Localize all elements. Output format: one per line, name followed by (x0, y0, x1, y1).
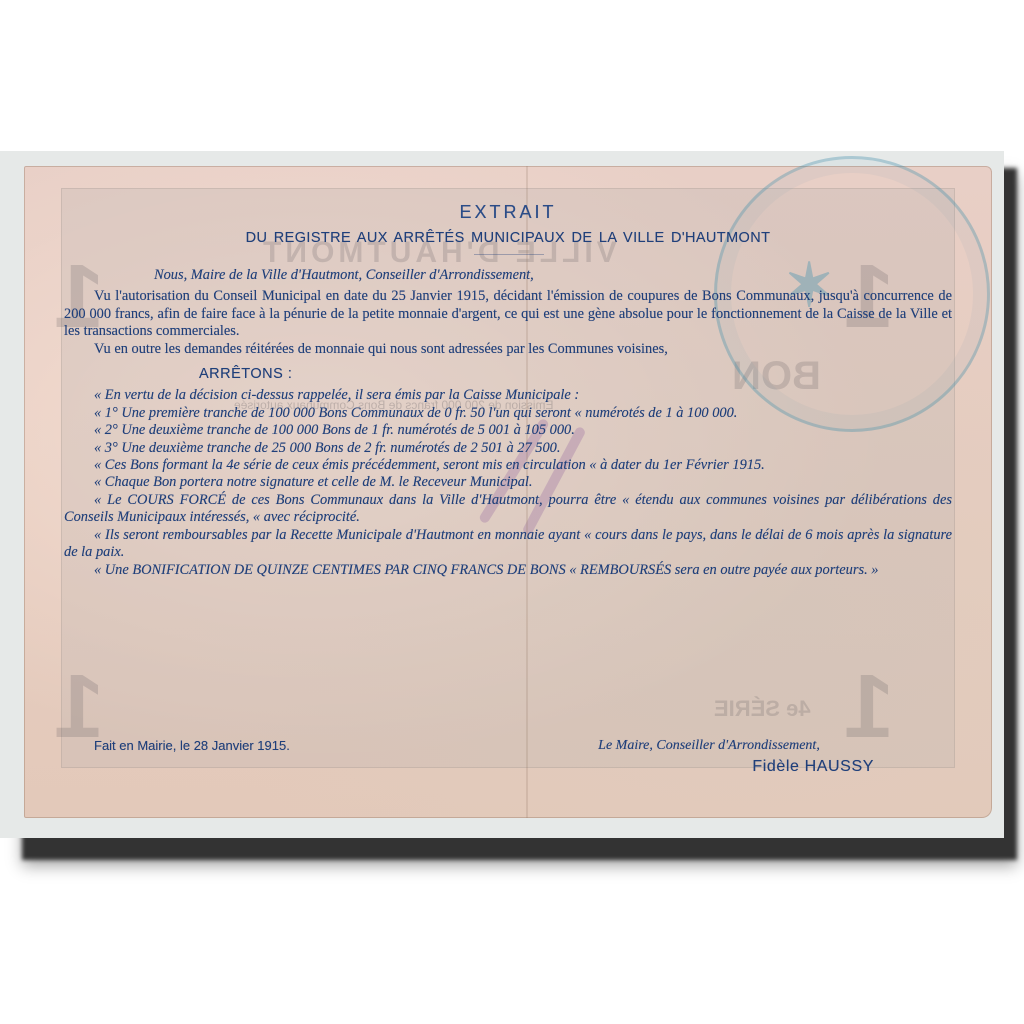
place-date: Fait en Mairie, le 28 Janvier 1915. (94, 738, 290, 753)
preamble-vu-1: Vu l'autorisation du Conseil Municipal e… (64, 288, 952, 340)
article-5: « Chaque Bon portera notre signature et … (64, 474, 952, 491)
arretons-heading: ARRÊTONS : (64, 366, 952, 383)
divider (474, 254, 544, 255)
article-8: « Une BONIFICATION DE QUINZE CENTIMES PA… (64, 562, 952, 579)
article-4: « Ces Bons formant la 4e série de ceux é… (64, 457, 952, 474)
document-title: EXTRAIT (24, 202, 992, 223)
preamble-vu-2: Vu en outre les demandes réitérées de mo… (64, 341, 952, 358)
signatory-title: Le Maire, Conseiller d'Arrondissement, (514, 738, 904, 754)
preamble-intro: Nous, Maire de la Ville d'Hautmont, Cons… (64, 267, 952, 284)
article-2: « 2° Une deuxième tranche de 100 000 Bon… (64, 422, 952, 439)
signatory-name: Fidèle HAUSSY (514, 758, 874, 776)
document-subtitle: DU REGISTRE AUX ARRÊTÉS MUNICIPAUX DE LA… (24, 230, 992, 246)
show-through-serie: 4e SÉRIE (714, 696, 811, 722)
article-0: « En vertu de la décision ci-dessus rapp… (64, 387, 952, 404)
article-6: « Le COURS FORCÉ de ces Bons Communaux d… (64, 492, 952, 527)
banknote-reverse: VILLE D'HAUTMONT BON Emission de 200 000… (24, 166, 992, 818)
article-1: « 1° Une première tranche de 100 000 Bon… (64, 405, 952, 422)
decree-body: Nous, Maire de la Ville d'Hautmont, Cons… (64, 261, 952, 579)
article-3: « 3° Une deuxième tranche de 25 000 Bons… (64, 440, 952, 457)
article-7: « Ils seront remboursables par la Recett… (64, 527, 952, 562)
